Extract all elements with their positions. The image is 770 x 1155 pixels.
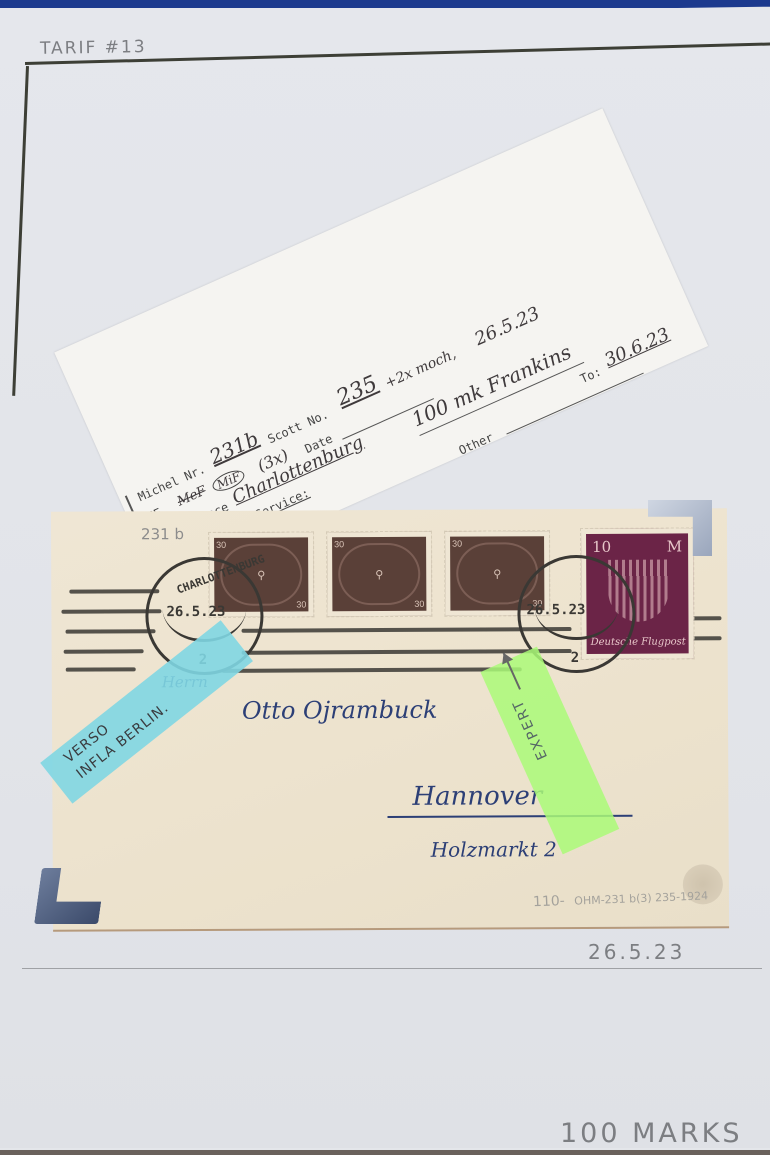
stamp-denomination: 10 <box>592 538 611 556</box>
stamp-denomination: 30 <box>334 539 344 549</box>
verso-tape-label: VERSO INFLA BERLIN. <box>40 620 253 803</box>
recipient-first-name: Otto Ojrambuck <box>242 696 438 725</box>
verso-text: VERSO <box>60 623 236 768</box>
cancel-line <box>69 589 159 593</box>
posthorn-icon: ⚲ <box>338 543 420 605</box>
posthorn-stamp: 30 30 ⚲ <box>327 532 431 617</box>
expert-tape-label: EXPERT <box>480 647 619 855</box>
postmark-date: 26.5.23 <box>166 604 225 620</box>
rate-note: 100 MARKS <box>560 1118 743 1149</box>
stamp-denomination: 30 <box>216 540 226 550</box>
arrow-up-icon <box>503 652 521 689</box>
recipient-street: Holzmarkt 2 <box>431 837 557 862</box>
mount-guide-line <box>22 968 762 969</box>
stamp-denomination: 30 <box>296 599 306 609</box>
to-value: 30.6.23 <box>601 324 672 371</box>
cover-date-note: 26.5.23 <box>588 940 685 964</box>
cancel-line <box>64 649 144 653</box>
to-label: To: <box>578 364 604 386</box>
recipient-city: Hannover <box>412 781 542 812</box>
extra-note: +2x moch, <box>383 346 459 392</box>
postmark-date: 26.5.23 <box>526 602 585 618</box>
catalog-reference: OHM-231 b(3) 235-1924 <box>574 889 708 907</box>
tarif-note: TARIF #13 <box>40 37 147 59</box>
expert-text: EXPERT <box>510 696 551 762</box>
cover-envelope: 231 b 30 30 ⚲ 30 30 ⚲ 30 30 ⚲ 10 M Deuts… <box>51 508 729 932</box>
cancel-line <box>691 616 721 620</box>
stamp-unit: M <box>667 537 682 555</box>
catalog-price: 110- <box>533 893 565 910</box>
pencil-catalog-number: 231 b <box>141 525 184 543</box>
cancel-line <box>66 629 156 633</box>
scott-value: 235 <box>333 371 382 411</box>
mef-crossed: MeF <box>175 484 209 510</box>
date-value: 26.5.23 <box>472 303 543 350</box>
stamp-denomination: 30 <box>414 599 424 609</box>
cancel-line <box>66 667 136 671</box>
cancel-line <box>692 636 722 640</box>
michel-value: 231b <box>206 426 262 469</box>
infla-berlin-text: INFLA BERLIN. <box>72 639 248 784</box>
postmark-district: 2 <box>571 650 580 666</box>
stamp-denomination: 30 <box>452 539 462 549</box>
cancel-line <box>222 667 522 673</box>
page-bottom-edge <box>0 1150 770 1155</box>
catalog-pencil-note: 110- OHM-231 b(3) 235-1924 <box>533 887 709 910</box>
